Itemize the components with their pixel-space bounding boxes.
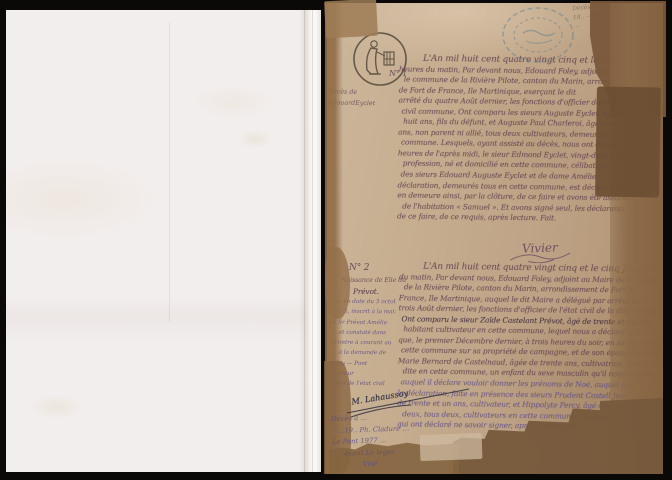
- page-edge-line: [312, 10, 313, 472]
- tape-patch-top-left: [324, 0, 378, 38]
- bottom-margin-notes: Décès à ……19.. Ph. Cladure …Le Pont 1977…: [331, 410, 453, 472]
- revenue-stamp-icon: [351, 30, 409, 88]
- book-scan: Décès18.. – 19..… N° 1 Décès de EdouardE…: [0, 0, 672, 480]
- margin-note-line: Eyclet: [355, 99, 375, 106]
- page-stack-edge: [299, 10, 321, 472]
- clerk-signature-text: Vivier: [522, 240, 558, 255]
- act2-margin-name: Prévot.: [353, 287, 379, 296]
- ink-stamp-icon: [499, 5, 577, 65]
- left-blank-page: [6, 10, 321, 472]
- clerk-signature: Vivier: [495, 239, 586, 264]
- paper-stains: [6, 10, 321, 472]
- page-edge-line: [304, 10, 305, 472]
- right-manuscript-page: Décès18.. – 19..… N° 1 Décès de EdouardE…: [327, 3, 663, 474]
- tape-patch-left-blob: [325, 247, 350, 319]
- tape-patch-right-middle: [595, 86, 661, 197]
- act2-number: N° 2: [349, 263, 369, 273]
- paper-crease: [169, 22, 170, 322]
- act2-margin-title: Naissance de Elie du: [341, 276, 406, 284]
